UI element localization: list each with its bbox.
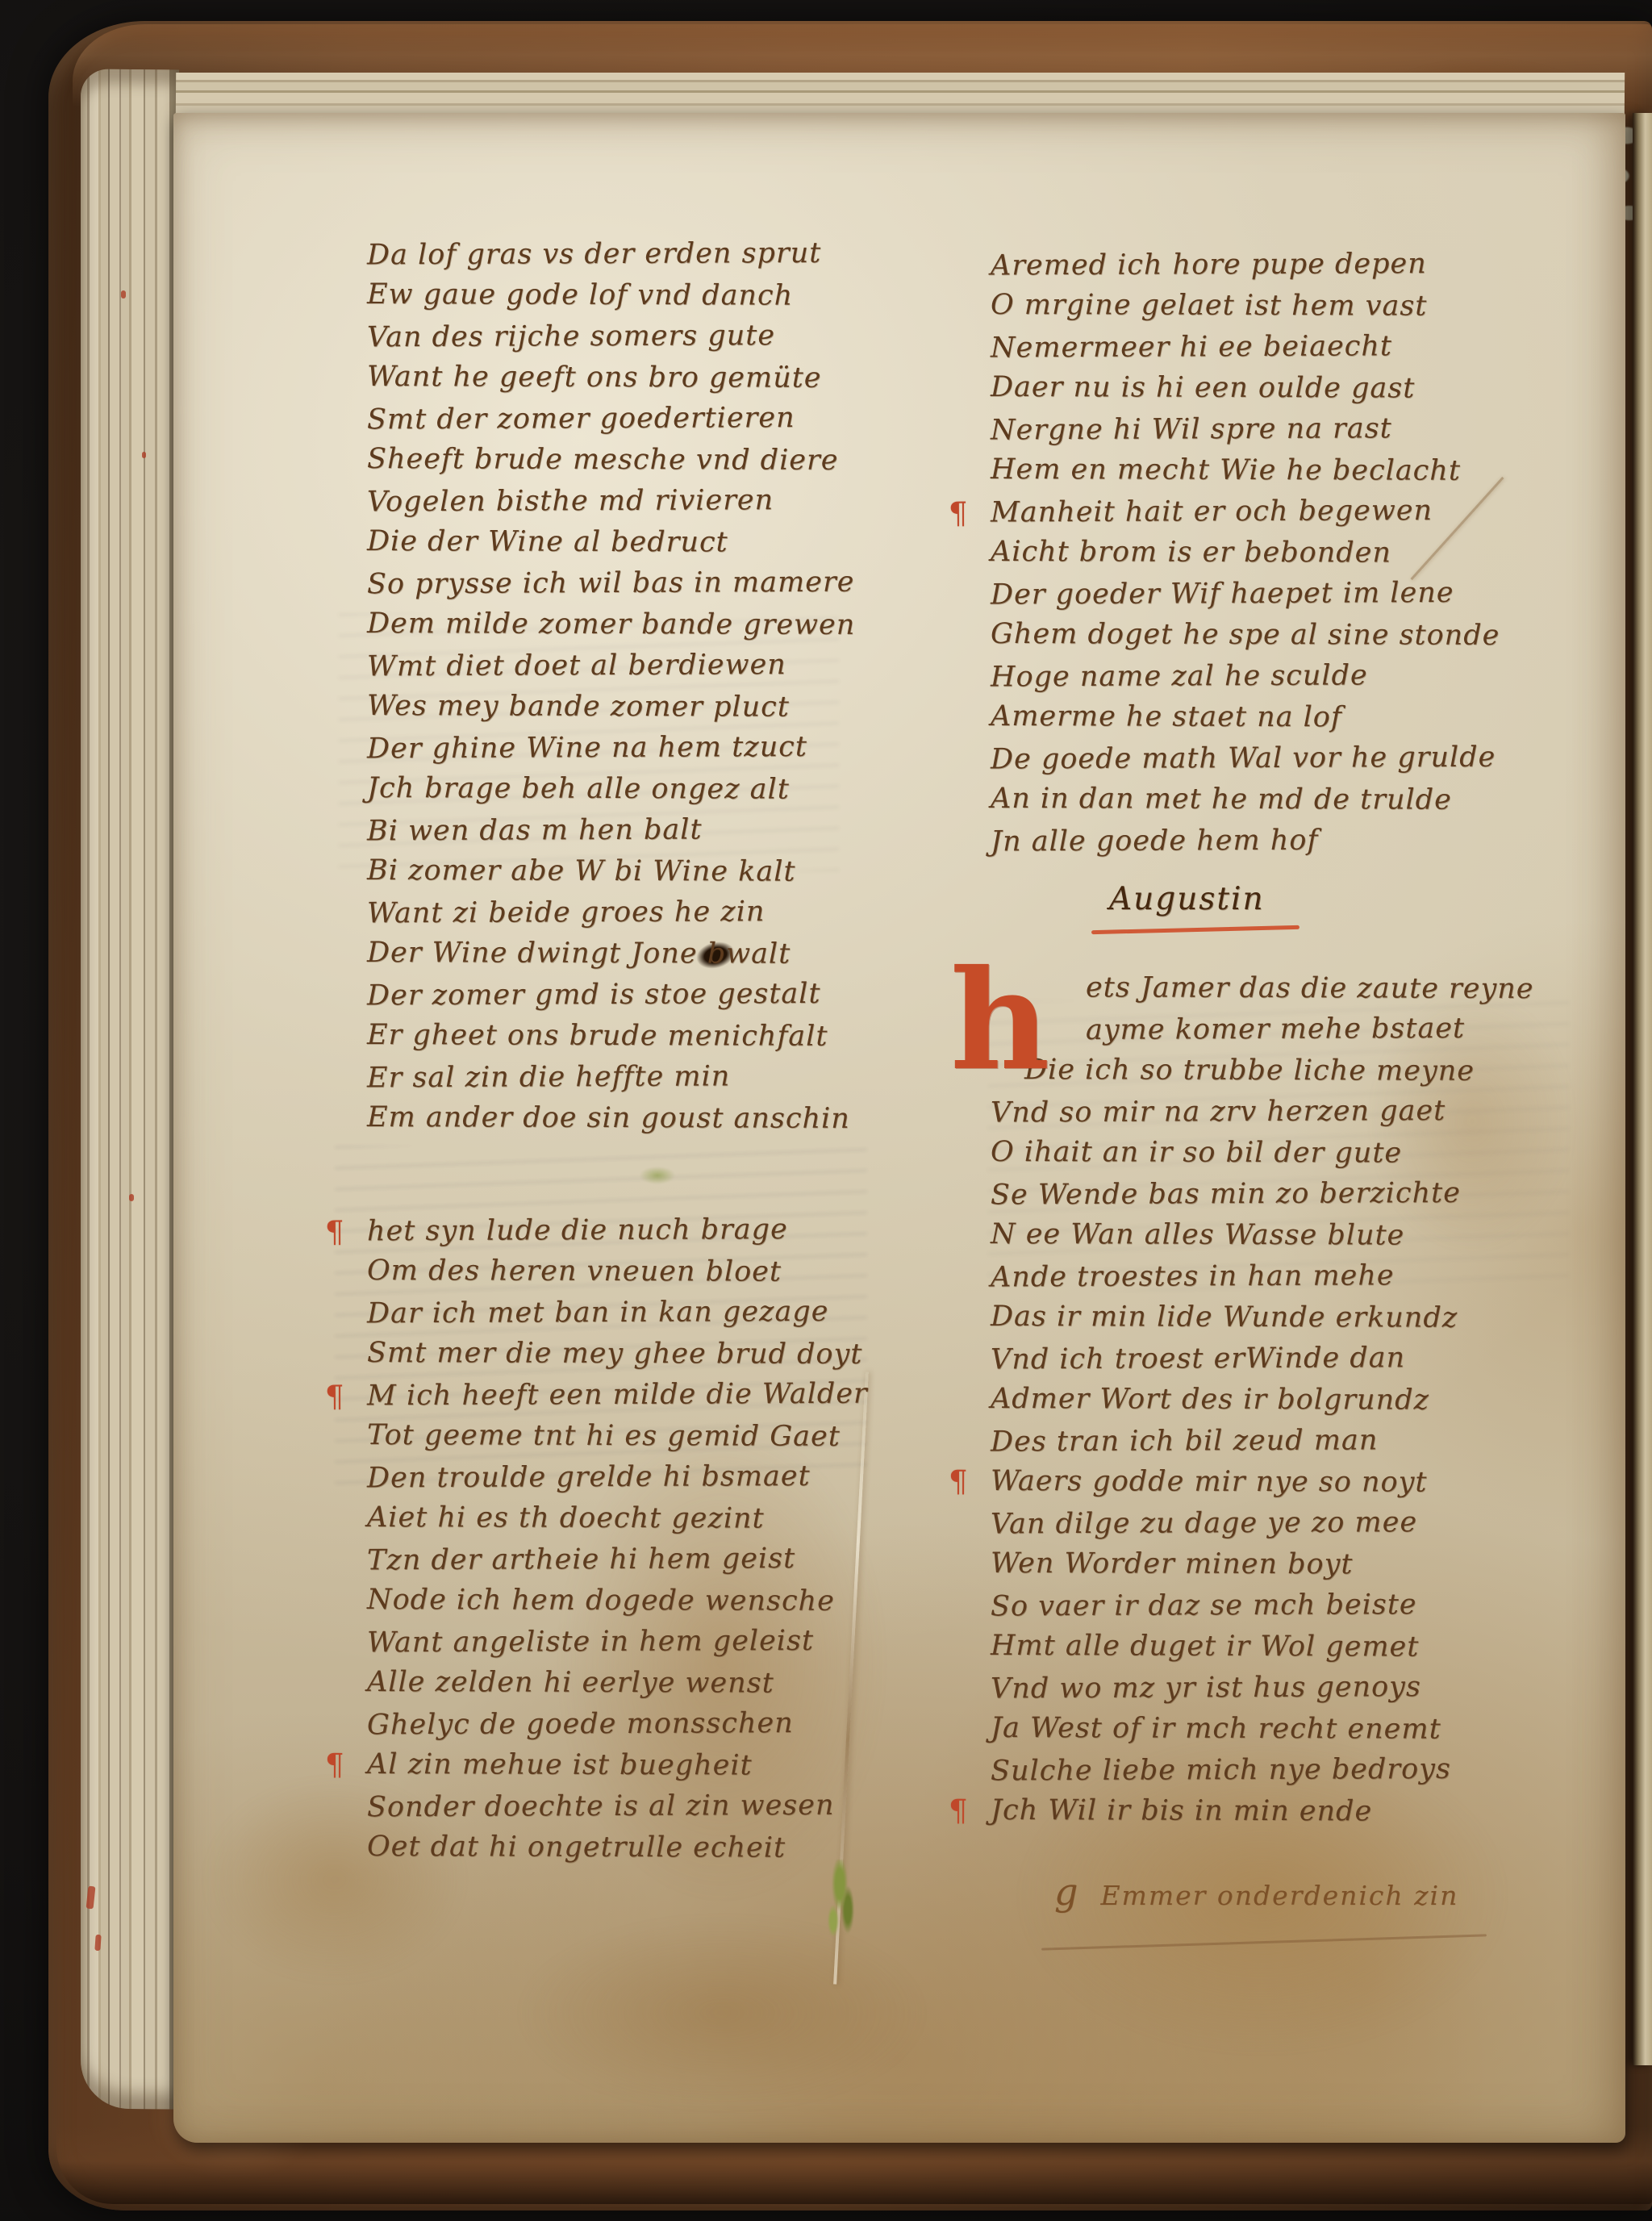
- manuscript-text-line: Der Wine dwingt Jone bwalt: [367, 933, 868, 975]
- line-text: Der goeder Wif haepet im lene: [991, 577, 1454, 612]
- photo-background-felt: Da lof gras vs der erden sprutEw gaue go…: [0, 0, 1652, 2221]
- line-text: Ande troestes in han mehe: [991, 1259, 1395, 1293]
- manuscript-text-line: Jn alle goede hem hof: [991, 820, 1534, 863]
- manuscript-text-line: Dar ich met ban in kan gezage: [367, 1292, 868, 1335]
- manuscript-text-line: Er gheet ons brude menichfalt: [367, 1015, 868, 1058]
- line-text: Alle zelden hi eerlye wenst: [367, 1666, 774, 1700]
- manuscript-text-line: Nemermeer hi ee beiaecht: [991, 326, 1534, 369]
- manuscript-text-line: Er sal zin die heffte min: [367, 1056, 868, 1100]
- manuscript-text-line: Des tran ich bil zeud man: [991, 1420, 1534, 1463]
- paragraph-mark-red: ¶: [949, 493, 969, 534]
- line-text: het syn lude die nuch brage: [367, 1213, 788, 1247]
- manuscript-text-line: Vnd so mir na zrv herzen gaet: [991, 1091, 1534, 1134]
- line-text: Jch brage beh alle ongez alt: [367, 772, 790, 806]
- line-text: Die ich so trubbe liche meyne: [1024, 1054, 1475, 1088]
- rubric-heading: Augustin: [1109, 881, 1265, 917]
- manuscript-text-line: Tot geeme tnt hi es gemid Gaet: [367, 1415, 868, 1458]
- line-text: Aiet hi es th doecht gezint: [367, 1501, 765, 1535]
- paragraph-mark-red: ¶: [949, 1790, 969, 1831]
- line-text: Om des heren vneuen bloet: [367, 1255, 782, 1288]
- manuscript-text-line: Amerme he staet na lof: [991, 696, 1534, 739]
- manuscript-text-line: O mrgine gelaet ist hem vast: [991, 285, 1534, 328]
- fore-edge-red-speck: [142, 452, 146, 458]
- line-text: Bi zomer abe W bi Wine kalt: [367, 854, 796, 888]
- manuscript-text-line: Das ir min lide Wunde erkundz: [991, 1296, 1534, 1339]
- line-text: Tot geeme tnt hi es gemid Gaet: [367, 1419, 841, 1453]
- manuscript-text-line: Node ich hem dogede wensche: [367, 1580, 868, 1622]
- manuscript-text-line: Om des heren vneuen bloet: [367, 1250, 868, 1293]
- paragraph-mark-red: ¶: [949, 1461, 969, 1502]
- manuscript-text-line: ¶Al zin mehue ist buegheit: [367, 1744, 868, 1787]
- line-text: Der ghine Wine na hem tzuct: [367, 731, 807, 765]
- line-text: An in dan met he md de trulde: [991, 783, 1452, 816]
- manuscript-text-line: Ghem doget he spe al sine stonde: [991, 614, 1534, 657]
- line-text: ayme komer mehe bstaet: [1086, 1012, 1465, 1046]
- line-text: Amerme he staet na lof: [991, 700, 1342, 733]
- manuscript-text-line: ¶Manheit hait er och begewen: [991, 491, 1534, 534]
- line-text: Aremed ich hore pupe depen: [991, 248, 1427, 282]
- line-text: M ich heeft een milde die Walder: [367, 1378, 868, 1413]
- line-text: Dem milde zomer bande grewen: [367, 607, 855, 641]
- line-text: Wen Worder minen boyt: [991, 1547, 1354, 1580]
- gutter-leaf-edge: [1633, 113, 1652, 2065]
- fore-edge-red-speck: [94, 1935, 101, 1951]
- line-text: Vnd so mir na zrv herzen gaet: [991, 1095, 1445, 1129]
- manuscript-text-line: Ja West of ir mch recht enemt: [991, 1708, 1534, 1751]
- line-text: Se Wende bas min zo berzichte: [991, 1177, 1461, 1212]
- manuscript-text-line: Bi zomer abe W bi Wine kalt: [367, 850, 868, 893]
- paragraph-mark-red: ¶: [325, 1376, 345, 1417]
- manuscript-text-line: Nergne hi Wil spre na rast: [991, 408, 1534, 452]
- line-text: Aicht brom is er bebonden: [991, 536, 1391, 570]
- line-text: Ghem doget he spe al sine stonde: [991, 618, 1500, 652]
- manuscript-text-line: Ghelyc de goede monsschen: [367, 1703, 868, 1747]
- line-text: Jn alle goede hem hof: [991, 825, 1319, 858]
- manuscript-text-line: Daer nu is hi een oulde gast: [991, 367, 1534, 410]
- line-text: Wmt diet doet al berdiewen: [367, 649, 786, 683]
- manuscript-text-line: Der goeder Wif haepet im lene: [991, 573, 1534, 616]
- manuscript-text-line: Da lof gras vs der erden sprut: [367, 233, 868, 277]
- manuscript-text-line: Admer Wort des ir bolgrundz: [991, 1379, 1534, 1422]
- manuscript-text-line: Den troulde grelde hi bsmaet: [367, 1456, 868, 1500]
- manuscript-text-line: ¶Waers godde mir nye so noyt: [991, 1461, 1534, 1504]
- line-text: Vnd wo mz yr ist hus genoys: [991, 1671, 1421, 1705]
- line-text: So prysse ich wil bas in mamere: [367, 566, 855, 601]
- manuscript-text-line: Die der Wine al bedruct: [367, 521, 868, 564]
- line-text: N ee Wan alles Wasse blute: [991, 1218, 1404, 1252]
- line-text: Node ich hem dogede wensche: [367, 1584, 835, 1618]
- manuscript-text-line: Hmt alle duget ir Wol gemet: [991, 1626, 1534, 1668]
- manuscript-text-line: Em ander doe sin goust anschin: [367, 1097, 868, 1140]
- line-text: Em ander doe sin goust anschin: [367, 1101, 850, 1135]
- paragraph-mark-red: ¶: [325, 1211, 345, 1252]
- line-text: Der zomer gmd is stoe gestalt: [367, 978, 821, 1012]
- manuscript-text-line: Vnd wo mz yr ist hus genoys: [991, 1667, 1534, 1710]
- line-text: Sonder doechte is al zin wesen: [367, 1789, 835, 1824]
- line-text: Manheit hait er och begewen: [991, 495, 1433, 528]
- manuscript-text-line: Sulche liebe mich nye bedroys: [991, 1749, 1534, 1793]
- line-text: O mrgine gelaet ist hem vast: [991, 289, 1428, 323]
- line-text: Tzn der artheie hi hem geist: [367, 1543, 795, 1576]
- line-text: Want zi beide groes he zin: [367, 895, 766, 929]
- catchword-text: Emmer onderdenich zin: [1100, 1880, 1458, 1911]
- manuscript-text-line: Se Wende bas min zo berzichte: [991, 1173, 1534, 1217]
- manuscript-text-line: Smt der zomer goedertieren: [367, 398, 868, 441]
- manuscript-text-line: Jch brage beh alle ongez alt: [367, 768, 868, 811]
- line-text: Smt mer die mey ghee brud doyt: [367, 1337, 862, 1371]
- manuscript-text-line: Hoge name zal he sculde: [991, 655, 1534, 699]
- manuscript-text-line: Sheeft brude mesche vnd diere: [367, 439, 868, 482]
- manuscript-text-line: Tzn der artheie hi hem geist: [367, 1538, 868, 1582]
- manuscript-text-line: Van des rijche somers gute: [367, 315, 868, 359]
- manuscript-text-line: So prysse ich wil bas in mamere: [367, 562, 868, 606]
- line-text: Der Wine dwingt Jone bwalt: [367, 937, 791, 971]
- manuscript-text-line: Smt mer die mey ghee brud doyt: [367, 1333, 868, 1376]
- line-text: Nemermeer hi ee beiaecht: [991, 330, 1392, 364]
- line-text: Oet dat hi ongetrulle echeit: [367, 1831, 786, 1864]
- manuscript-text-line: Wes mey bande zomer pluct: [367, 686, 868, 729]
- manuscript-text-line: Wmt diet doet al berdiewen: [367, 645, 868, 688]
- manuscript-text-line: Aiet hi es th doecht gezint: [367, 1497, 868, 1540]
- manuscript-text-line: Aicht brom is er bebonden: [991, 532, 1534, 574]
- fore-edge-red-speck: [121, 290, 126, 298]
- manuscript-text-line: O ihait an ir so bil der gute: [991, 1132, 1534, 1175]
- line-text: Van des rijche somers gute: [367, 319, 775, 353]
- manuscript-text-line: Ew gaue gode lof vnd danch: [367, 274, 868, 317]
- manuscript-vellum-page: Da lof gras vs der erden sprutEw gaue go…: [173, 113, 1625, 2143]
- text-column-left: Da lof gras vs der erden sprutEw gaue go…: [367, 234, 868, 1868]
- line-text: Das ir min lide Wunde erkundz: [991, 1300, 1458, 1334]
- line-text: Daer nu is hi een oulde gast: [991, 371, 1415, 405]
- line-text: De goede math Wal vor he grulde: [991, 741, 1496, 776]
- line-text: Dar ich met ban in kan gezage: [367, 1296, 829, 1330]
- line-text: Hoge name zal he sculde: [991, 659, 1368, 693]
- manuscript-text-line: Alle zelden hi eerlye wenst: [367, 1662, 868, 1705]
- catchword-paraph: g: [1054, 1870, 1079, 1914]
- manuscript-text-line: ¶het syn lude die nuch brage: [367, 1209, 868, 1253]
- line-text: Nergne hi Wil spre na rast: [991, 412, 1392, 446]
- line-text: Smt der zomer goedertieren: [367, 402, 795, 436]
- page-stack-top-edges: [176, 73, 1625, 116]
- line-text: Sulche liebe mich nye bedroys: [991, 1753, 1451, 1787]
- line-text: Da lof gras vs der erden sprut: [367, 237, 821, 271]
- paragraph-mark-red: ¶: [325, 1744, 345, 1785]
- manuscript-text-line: N ee Wan alles Wasse blute: [991, 1214, 1534, 1257]
- manuscript-text-line: Vnd ich troest erWinde dan: [991, 1338, 1534, 1381]
- manuscript-text-line: Want zi beide groes he zin: [367, 891, 868, 935]
- line-text: Want angeliste in hem geleist: [367, 1625, 814, 1659]
- manuscript-text-line: De goede math Wal vor he grulde: [991, 737, 1534, 781]
- catchword-note: gEmmer onderdenich zin: [1054, 1870, 1458, 1914]
- line-text: Den troulde grelde hi bsmaet: [367, 1460, 811, 1494]
- manuscript-text-line: So vaer ir daz se mch beiste: [991, 1584, 1534, 1628]
- manuscript-text-line: Der ghine Wine na hem tzuct: [367, 727, 868, 770]
- line-text: Er sal zin die heffte min: [367, 1060, 730, 1094]
- page-stack-fore-edges: [81, 69, 179, 2109]
- line-text: ets Jamer das die zaute reyne: [1086, 971, 1534, 1005]
- line-text: O ihait an ir so bil der gute: [991, 1136, 1402, 1170]
- manuscript-text-line: Want he geeft ons bro gemüte: [367, 357, 868, 399]
- manuscript-text-line: Sonder doechte is al zin wesen: [367, 1785, 868, 1829]
- manuscript-text-line: ¶Jch Wil ir bis in min ende: [991, 1790, 1534, 1833]
- line-text: Hem en mecht Wie he beclacht: [991, 453, 1461, 487]
- line-text: Hmt alle duget ir Wol gemet: [991, 1630, 1419, 1664]
- manuscript-text-line: Bi wen das m hen balt: [367, 809, 868, 853]
- line-text: Al zin mehue ist buegheit: [367, 1748, 753, 1782]
- lombard-initial-red: h: [950, 965, 1073, 1086]
- line-text: Want he geeft ons bro gemüte: [367, 361, 822, 395]
- manuscript-text-line: Dem milde zomer bande grewen: [367, 603, 868, 646]
- line-text: So vaer ir daz se mch beiste: [991, 1589, 1417, 1622]
- manuscript-text-line: Wen Worder minen boyt: [991, 1543, 1534, 1586]
- parchment-stain: [440, 1880, 1004, 2146]
- line-text: Er gheet ons brude menichfalt: [367, 1019, 828, 1053]
- manuscript-text-line: An in dan met he md de trulde: [991, 779, 1534, 821]
- line-text: Sheeft brude mesche vnd diere: [367, 443, 839, 477]
- fore-edge-red-speck: [129, 1194, 134, 1201]
- line-text: Ghelyc de goede monsschen: [367, 1707, 794, 1741]
- line-text: Die der Wine al bedruct: [367, 525, 728, 558]
- line-text: Van dilge zu dage ye zo mee: [991, 1506, 1417, 1540]
- manuscript-text-line: Der zomer gmd is stoe gestalt: [367, 974, 868, 1017]
- line-text: Jch Wil ir bis in min ende: [991, 1794, 1372, 1827]
- line-text: Des tran ich bil zeud man: [991, 1424, 1379, 1458]
- repair-thread-green: [819, 1860, 861, 1937]
- line-text: Bi wen das m hen balt: [367, 814, 703, 848]
- line-text: Ja West of ir mch recht enemt: [991, 1712, 1441, 1746]
- line-text: Vogelen bisthe md rivieren: [367, 484, 774, 518]
- line-text: Admer Wort des ir bolgrundz: [991, 1383, 1429, 1417]
- line-text: Vnd ich troest erWinde dan: [991, 1342, 1405, 1376]
- manuscript-text-line: Aremed ich hore pupe depen: [991, 244, 1534, 287]
- manuscript-text-line: Van dilge zu dage ye zo mee: [991, 1502, 1534, 1546]
- manuscript-text-line: Want angeliste in hem geleist: [367, 1621, 868, 1664]
- line-text: Ew gaue gode lof vnd danch: [367, 278, 793, 312]
- manuscript-text-line: Hem en mecht Wie he beclacht: [991, 449, 1534, 492]
- line-text: Waers godde mir nye so noyt: [991, 1465, 1428, 1499]
- manuscript-text-line: Vogelen bisthe md rivieren: [367, 480, 868, 524]
- manuscript-text-line: ¶M ich heeft een milde die Walder: [367, 1374, 868, 1417]
- line-text: Wes mey bande zomer pluct: [367, 690, 790, 724]
- manuscript-text-line: Oet dat hi ongetrulle echeit: [367, 1826, 868, 1869]
- manuscript-text-line: Ande troestes in han mehe: [991, 1255, 1534, 1299]
